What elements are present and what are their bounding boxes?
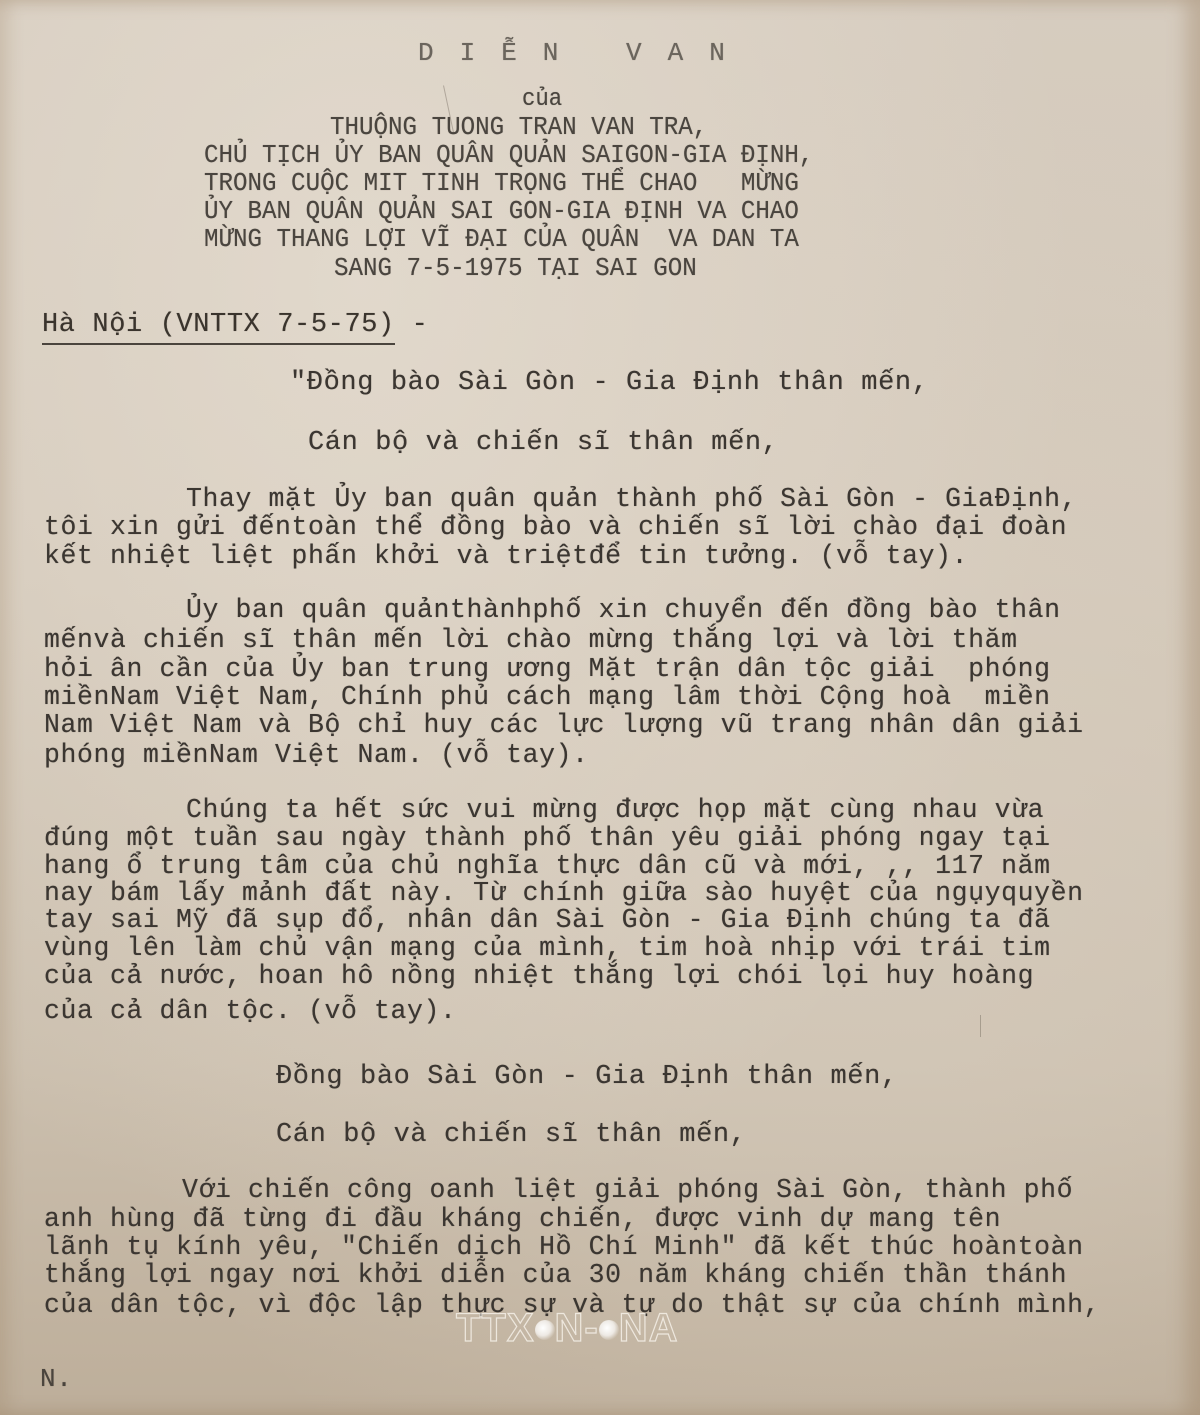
salutation-compatriots: Đồng bào Sài Gòn - Gia Định thân mến, — [276, 1064, 898, 1091]
watermark-text-left: TTX — [456, 1306, 535, 1350]
paragraph-4-line: thắng lợi ngay nơi khởi diễn của 30 năm … — [44, 1262, 1067, 1289]
dateline-source: Hà Nội (VNTTX 7-5-75) — [42, 310, 395, 345]
paragraph-3-line: hang ổ trung tâm của chủ nghĩa thực dân … — [44, 853, 1051, 880]
paragraph-3-line: vùng lên làm chủ vận mạng của mình, tim … — [44, 935, 1051, 962]
header-line-event-1: TRONG CUỘC MIT TINH TRỌNG THỂ CHAO MỪNG — [204, 170, 799, 196]
globe-icon — [535, 1320, 555, 1340]
salutation-compatriots: "Đồng bào Sài Gòn - Gia Định thân mến, — [290, 370, 929, 397]
header-line-event-3: MỪNG THANG LỢI VĨ ĐẠI CỦA QUÂN VA DAN TA — [204, 226, 799, 252]
salutation-cadres: Cán bộ và chiến sĩ thân mến, — [308, 430, 778, 457]
header-line-date: SANG 7-5-1975 TẠI SAI GON — [334, 255, 697, 281]
header-line-of: của — [522, 88, 562, 112]
header-line-speaker: THUỘNG TUONG TRAN VAN TRA, — [330, 114, 707, 140]
paragraph-2-line: Ủy ban quân quảnthànhphố xin chuyển đến … — [186, 597, 1061, 624]
paragraph-1-line: Thay mặt Ủy ban quân quản thành phố Sài … — [186, 486, 1077, 513]
document-page: DIỄN VAN của THUỘNG TUONG TRAN VAN TRA, … — [0, 0, 1200, 1415]
paragraph-3-line: của cả nước, hoan hô nồng nhiệt thắng lợ… — [44, 963, 1034, 990]
paragraph-1-line: tôi xin gửi đếntoàn thể đồng bào và chiế… — [44, 514, 1067, 541]
dateline-dash: - — [395, 310, 429, 340]
paragraph-3-line: của cả dân tộc. (vỗ tay). — [44, 998, 457, 1025]
paragraph-2-line: hỏi ân cần của Ủy ban trung ương Mặt trậ… — [44, 656, 1051, 683]
paragraph-4-line: lãnh tụ kính yêu, "Chiến dịch Hồ Chí Min… — [44, 1234, 1084, 1261]
dateline: Hà Nội (VNTTX 7-5-75) - — [42, 312, 428, 339]
paragraph-2-line: phóng miềnNam Việt Nam. (vỗ tay). — [44, 742, 589, 769]
paragraph-1-line: kết nhiệt liệt phấn khởi và triệtđể tin … — [44, 543, 968, 570]
agency-watermark: TTXN-NA — [456, 1306, 679, 1351]
paragraph-3-line: tay sai Mỹ đã sụp đổ, nhân dân Sài Gòn -… — [44, 907, 1051, 934]
watermark-text-mid: N- — [555, 1306, 599, 1350]
paragraph-4-line: Với chiến công oanh liệt giải phóng Sài … — [182, 1177, 1073, 1204]
document-title: DIỄN VAN — [418, 40, 751, 66]
header-line-role: CHỦ TỊCH ỦY BAN QUÂN QUẢN SAIGON-GIA ĐỊN… — [204, 142, 813, 168]
page-continuation-mark: N. — [40, 1366, 72, 1392]
paragraph-2-line: Nam Việt Nam và Bộ chỉ huy các lực lượng… — [44, 712, 1084, 739]
paragraph-3-line: đúng một tuần sau ngày thành phố thân yê… — [44, 825, 1051, 852]
salutation-cadres: Cán bộ và chiến sĩ thân mến, — [276, 1122, 746, 1149]
paragraph-3-line: nay bám lấy mảnh đất này. Từ chính giữa … — [44, 880, 1084, 907]
watermark-text-right: NA — [619, 1306, 679, 1350]
paragraph-3-line: Chúng ta hết sức vui mừng được họp mặt c… — [186, 797, 1044, 824]
paragraph-4-line: anh hùng đã từng đi đầu kháng chiến, đượ… — [44, 1206, 1001, 1233]
header-line-event-2: ỦY BAN QUÂN QUẢN SAI GON-GIA ĐỊNH VA CHA… — [204, 198, 799, 224]
paper-crease — [980, 1015, 981, 1037]
globe-icon — [599, 1320, 619, 1340]
paragraph-2-line: mếnvà chiến sĩ thân mến lời chào mừng th… — [44, 627, 1018, 654]
paragraph-2-line: miềnNam Việt Nam, Chính phủ cách mạng lâ… — [44, 684, 1051, 711]
